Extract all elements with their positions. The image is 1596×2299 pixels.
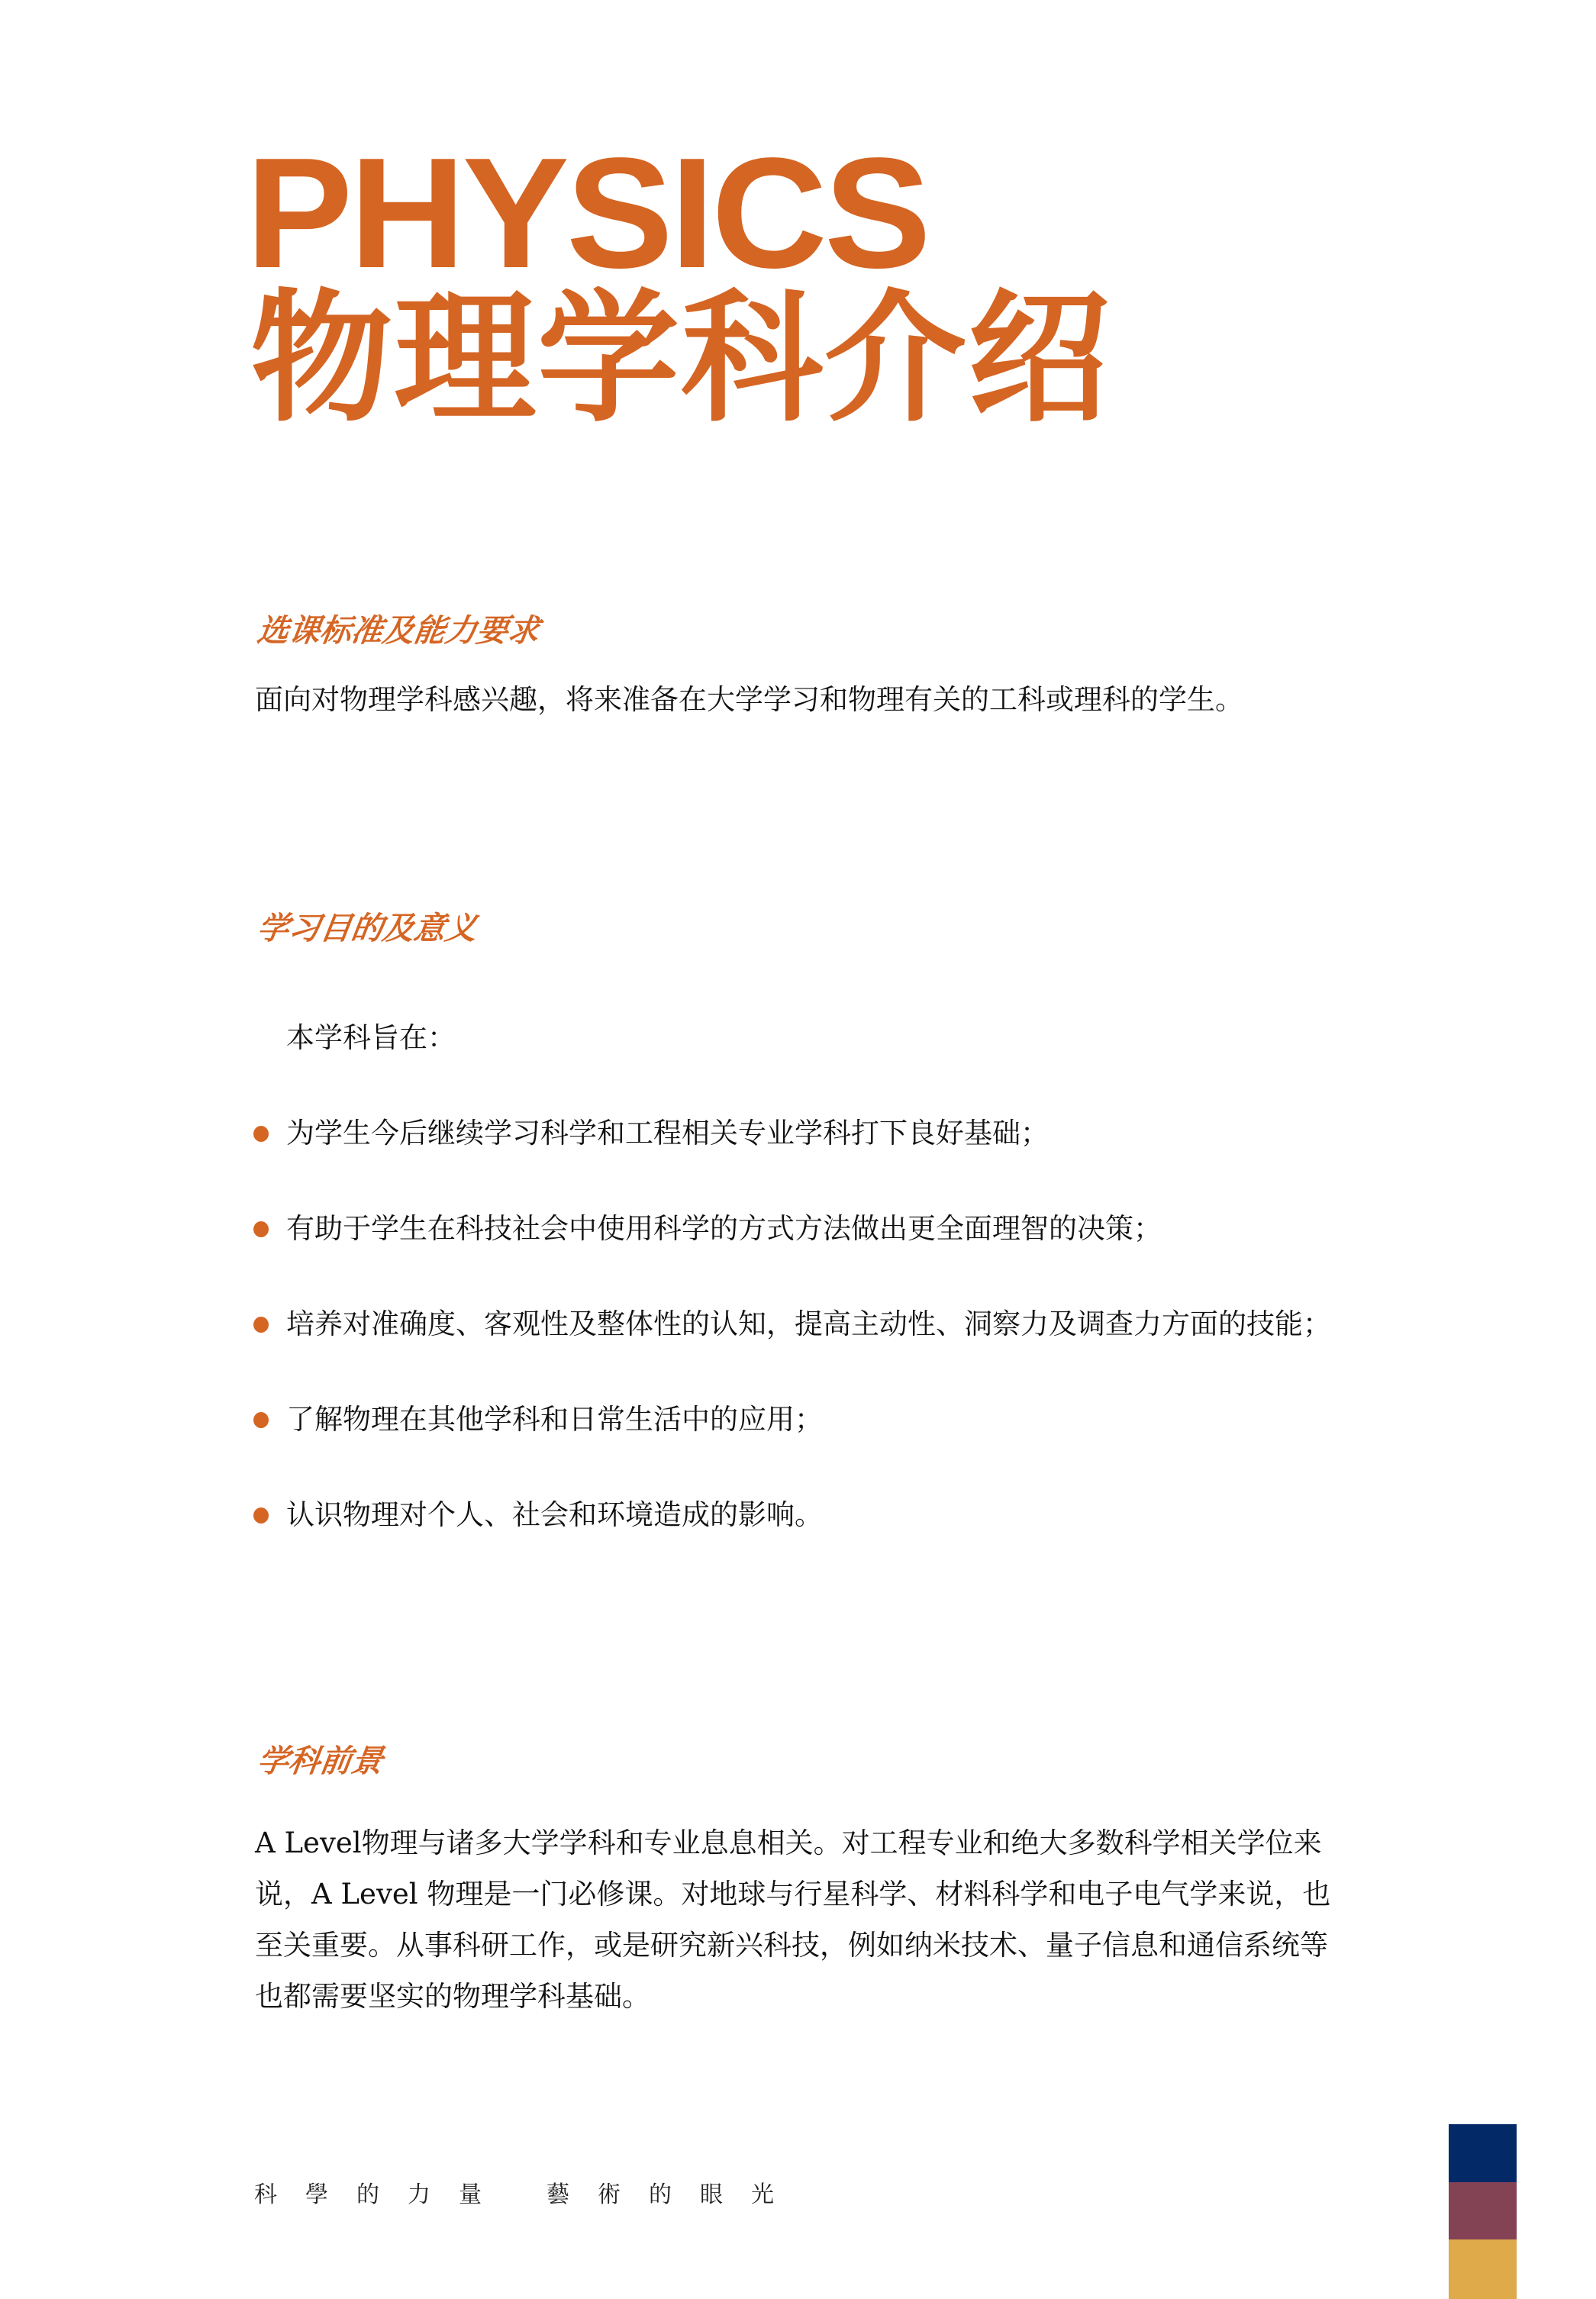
section-heading-selection-criteria: 选课标准及能力要求 bbox=[255, 611, 542, 650]
motto-char: 術 bbox=[598, 2180, 649, 2210]
motto-char: 科 bbox=[254, 2180, 305, 2210]
motto-art: 藝 術 的 眼 光 bbox=[547, 2180, 802, 2210]
color-block-maroon bbox=[1449, 2182, 1517, 2239]
list-item: 有助于学生在科技社会中使用科学的方式方法做出更全面理智的决策； bbox=[253, 1211, 1162, 1247]
motto-char: 的 bbox=[649, 2180, 700, 2210]
motto-science: 科 學 的 力 量 bbox=[254, 2180, 510, 2210]
list-item-text: 为学生今后继续学习科学和工程相关专业学科打下良好基础； bbox=[286, 1115, 1049, 1152]
bullet-dot-icon bbox=[253, 1221, 269, 1237]
bullet-dot-icon bbox=[253, 1317, 269, 1333]
list-item: 认识物理对个人、社会和环境造成的影响。 bbox=[253, 1497, 823, 1533]
motto-gap bbox=[510, 2180, 547, 2210]
bullet-dot-icon bbox=[253, 1126, 269, 1142]
list-item-text: 培养对准确度、客观性及整体性的认知，提高主动性、洞察力及调查力方面的技能； bbox=[286, 1306, 1331, 1343]
section-heading-objectives: 学习目的及意义 bbox=[255, 909, 479, 947]
list-item-text: 了解物理在其他学科和日常生活中的应用； bbox=[286, 1401, 823, 1438]
motto-char: 的 bbox=[356, 2180, 408, 2210]
paragraph-line: 也都需要坚实的物理学科基础。 bbox=[255, 1971, 1354, 2022]
list-item: 为学生今后继续学习科学和工程相关专业学科打下良好基础； bbox=[253, 1115, 1049, 1152]
list-item: 培养对准确度、客观性及整体性的认知，提高主动性、洞察力及调查力方面的技能； bbox=[253, 1306, 1331, 1343]
motto-char: 力 bbox=[408, 2180, 459, 2210]
section-heading-prospects: 学科前景 bbox=[255, 1742, 385, 1780]
brand-color-bar bbox=[1449, 2124, 1517, 2299]
list-item-text: 认识物理对个人、社会和环境造成的影响。 bbox=[286, 1497, 823, 1533]
color-block-gold bbox=[1449, 2239, 1517, 2299]
objectives-intro: 本学科旨在： bbox=[286, 1020, 456, 1056]
color-block-navy bbox=[1449, 2124, 1517, 2182]
bullet-dot-icon bbox=[253, 1507, 269, 1524]
motto-char: 眼 bbox=[700, 2180, 751, 2210]
motto-char: 藝 bbox=[547, 2180, 598, 2210]
list-item-text: 有助于学生在科技社会中使用科学的方式方法做出更全面理智的决策； bbox=[286, 1211, 1162, 1247]
section-body-selection-criteria: 面向对物理学科感兴趣，将来准备在大学学习和物理有关的工科或理科的学生。 bbox=[255, 682, 1243, 718]
motto-char: 量 bbox=[459, 2180, 510, 2210]
page-title-chinese: 物理学科介绍 bbox=[250, 282, 1111, 435]
motto-char: 學 bbox=[305, 2180, 356, 2210]
list-item: 了解物理在其他学科和日常生活中的应用； bbox=[253, 1401, 823, 1438]
page-title-english: PHYSICS bbox=[246, 134, 928, 292]
paragraph-line: A Level物理与诸多大学学科和专业息息相关。对工程专业和绝大多数科学相关学位… bbox=[255, 1817, 1354, 1869]
motto-char: 光 bbox=[751, 2180, 802, 2210]
paragraph-line: 至关重要。从事科研工作，或是研究新兴科技，例如纳米技术、量子信息和通信系统等 bbox=[255, 1920, 1354, 1971]
bullet-dot-icon bbox=[253, 1412, 269, 1428]
paragraph-line: 说，A Level 物理是一门必修课。对地球与行星科学、材料科学和电子电气学来说… bbox=[255, 1869, 1354, 1920]
prospects-paragraph: A Level物理与诸多大学学科和专业息息相关。对工程专业和绝大多数科学相关学位… bbox=[255, 1817, 1354, 2022]
footer-motto: 科 學 的 力 量 藝 術 的 眼 光 bbox=[254, 2180, 802, 2210]
